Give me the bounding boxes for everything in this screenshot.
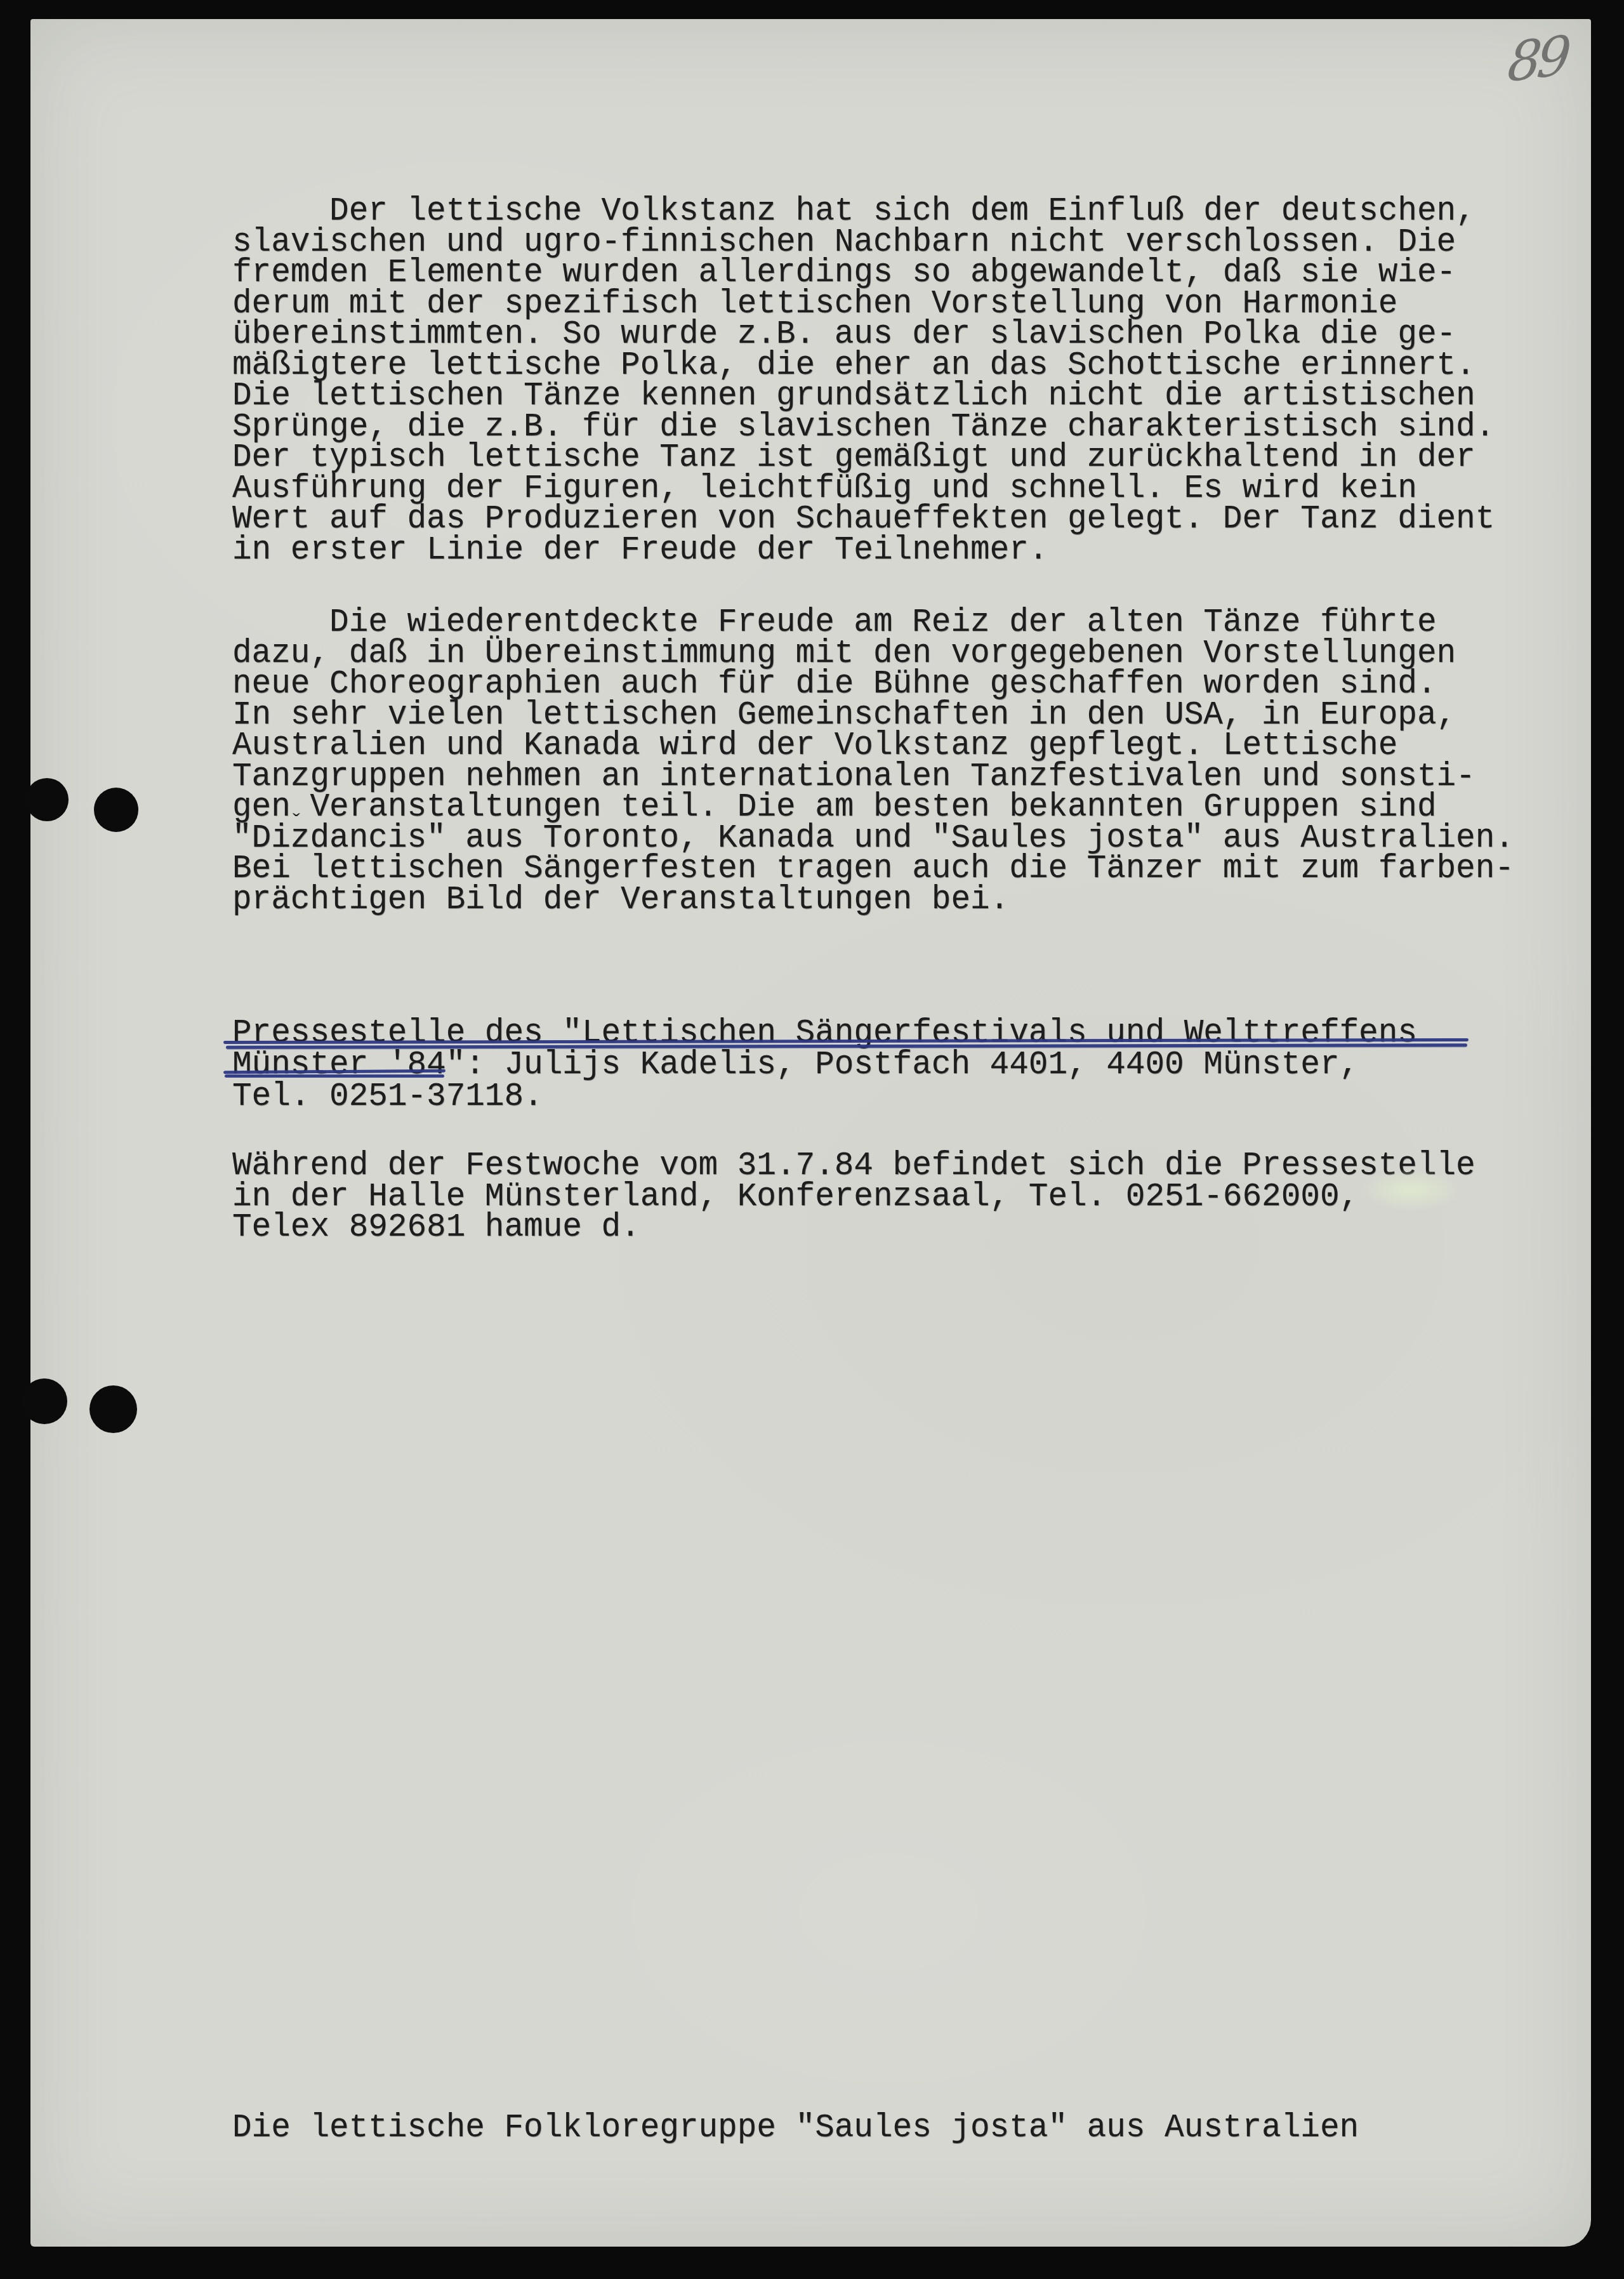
hole-punch [89,1385,137,1433]
paragraph-volkstanz-einfluesse: Der lettische Volkstanz hat sich dem Ein… [232,197,1495,566]
press-week-note: Während der Festwoche vom 31.7.84 befind… [232,1151,1475,1244]
correction-smudge [1361,1169,1462,1211]
hole-punch [94,788,138,832]
handwritten-page-number: 89 [1505,23,1569,94]
hole-punch [25,778,69,821]
photo-caption: Die lettische Folkloregruppe "Saules jos… [232,2113,1359,2144]
hole-punch [22,1378,67,1424]
press-contact-block: Pressestelle des "Lettischen Sängerfesti… [232,1018,1417,1113]
typed-caron-mark: ˇ [289,811,303,837]
hand-drawn-underline [225,1074,444,1078]
document-page: 89 Der lettische Volkstanz hat sich dem … [30,19,1591,2247]
scan-background: 89 Der lettische Volkstanz hat sich dem … [0,0,1624,2279]
paragraph-tanzgruppen-weltweit: Die wiederentdeckte Freude am Reiz der a… [232,608,1514,916]
